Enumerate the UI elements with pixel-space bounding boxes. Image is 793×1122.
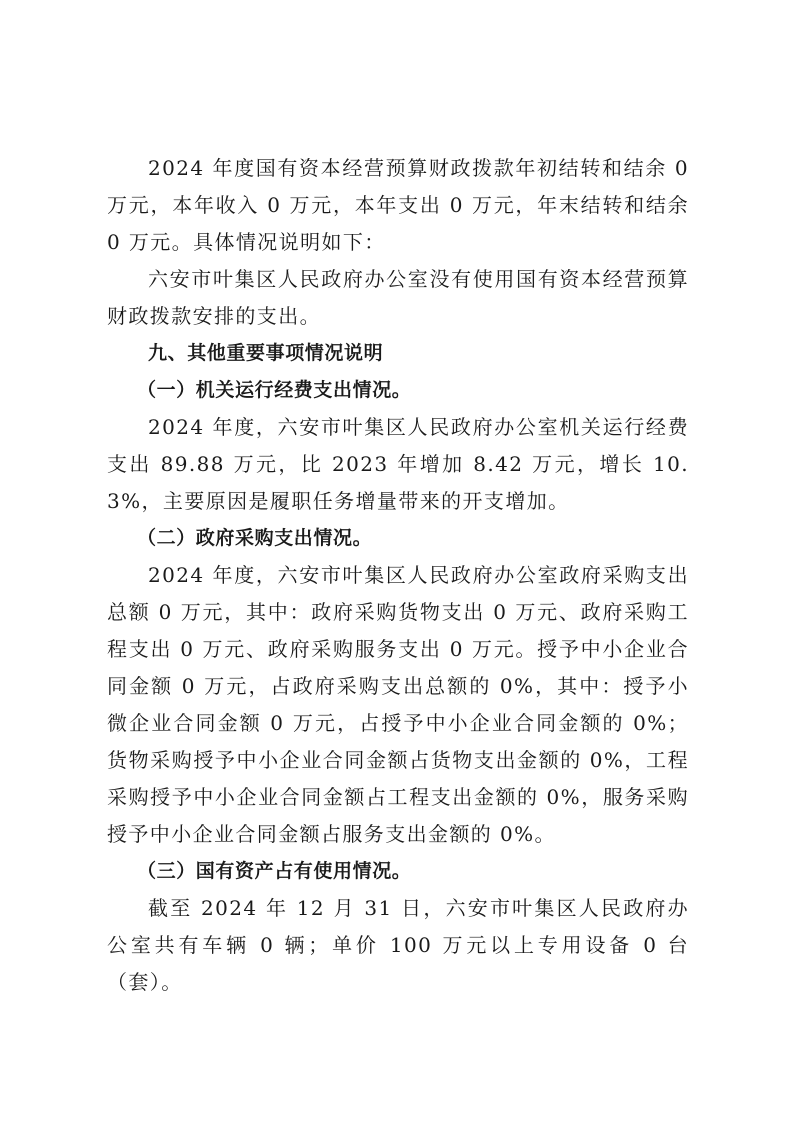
subheading-state-assets: （三）国有资产占有使用情况。 xyxy=(107,853,689,890)
paragraph-state-assets: 截至 2024 年 12 月 31 日，六安市叶集区人民政府办公室共有车辆 0 … xyxy=(107,890,689,1001)
paragraph-state-capital-expenditure: 六安市叶集区人民政府办公室没有使用国有资本经营预算财政拨款安排的支出。 xyxy=(107,261,689,335)
paragraph-operating-expenses: 2024 年度，六安市叶集区人民政府办公室机关运行经费支出 89.88 万元，比… xyxy=(107,409,689,520)
paragraph-state-capital-budget: 2024 年度国有资本经营预算财政拨款年初结转和结余 0 万元，本年收入 0 万… xyxy=(107,150,689,261)
document-page: 2024 年度国有资本经营预算财政拨款年初结转和结余 0 万元，本年收入 0 万… xyxy=(107,150,689,1001)
subheading-government-procurement: （二）政府采购支出情况。 xyxy=(107,520,689,557)
section-heading-other-matters: 九、其他重要事项情况说明 xyxy=(107,335,689,372)
paragraph-government-procurement: 2024 年度，六安市叶集区人民政府办公室政府采购支出总额 0 万元，其中：政府… xyxy=(107,557,689,853)
subheading-operating-expenses: （一）机关运行经费支出情况。 xyxy=(107,372,689,409)
